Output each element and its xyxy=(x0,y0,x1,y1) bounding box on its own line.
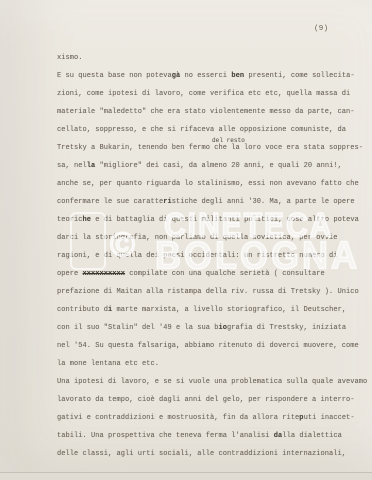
text-line: anche se, per quanto riguarda lo stalini… xyxy=(57,175,367,193)
text-line: darci la storiografia, non parliamo di q… xyxy=(57,229,367,247)
text-line: delle classi, agli urti sociali, alle co… xyxy=(57,445,367,463)
text-line: gativi e contraddizioni e mostruosità, f… xyxy=(57,409,367,427)
text-line: zioni, come ipotesi di lavoro, come veri… xyxy=(57,85,367,103)
text-line: teoriche e di battaglia di questi milita… xyxy=(57,211,367,229)
text-line: confermare le sue caratteristiche degli … xyxy=(57,193,367,211)
page-bottom-edge xyxy=(0,472,372,480)
text-block: xismo.E su questa base non potevagà no e… xyxy=(57,49,367,463)
text-line: la mone lentana etc etc. xyxy=(57,355,367,373)
text-line: sa, nella "migliore" dei casi, da almeno… xyxy=(57,157,367,175)
text-line: lavorato da tempo, cioè dagli anni del g… xyxy=(57,391,367,409)
text-line: con il suo "Stalin" del '49 e la sua bio… xyxy=(57,319,367,337)
text-line: E su questa base non potevagà no esserci… xyxy=(57,67,367,85)
text-line: tabili. Una prospettiva che teneva ferma… xyxy=(57,427,367,445)
text-line: nel '54. Su questa falsariga, abbiamo ri… xyxy=(57,337,367,355)
text-line: contributo di marte marxista, a livello … xyxy=(57,301,367,319)
document-page: (9) xismo.E su questa base non potevagà … xyxy=(0,0,372,480)
page-number: (9) xyxy=(314,24,328,34)
text-line: materiale "maledetto" che era stato viol… xyxy=(57,103,367,121)
text-line: opere xxxxxxxxxx compilate con una qualc… xyxy=(57,265,367,283)
text-line: ragioni, e di quella dei paesi occidenta… xyxy=(57,247,367,265)
text-line: Tretsky a Bukarin, tenendo ben fermodel … xyxy=(57,139,367,157)
text-line: prefazione di Maitan alla ristampa della… xyxy=(57,283,367,301)
text-line: Una ipotesi di lavoro, e se si vuole una… xyxy=(57,373,367,391)
text-line: xismo. xyxy=(57,49,367,67)
